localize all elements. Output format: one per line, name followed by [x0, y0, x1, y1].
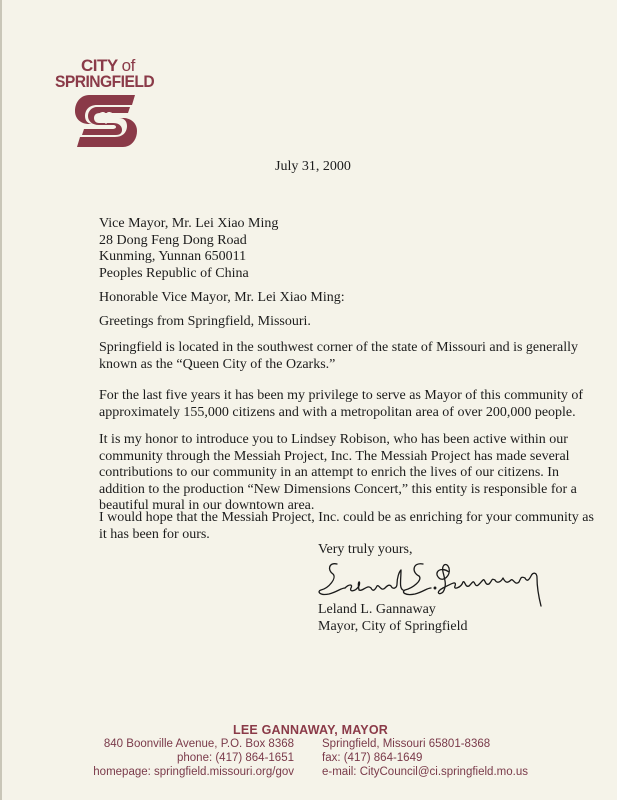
footer-fax: fax: (417) 864-1649 — [322, 751, 528, 765]
paragraph-line: contributions to our community in an att… — [99, 465, 577, 482]
paragraph-line: I would hope that the Messiah Project, I… — [99, 510, 594, 527]
paragraph-mayor-service: For the last five years it has been my p… — [99, 388, 583, 421]
letter-page: CITY of SPRINGFIELD July 31, 2000 Vice M… — [0, 0, 617, 800]
recipient-line: Peoples Republic of China — [99, 266, 278, 283]
paragraph-hope: I would hope that the Messiah Project, I… — [99, 510, 594, 543]
paragraph-line: addition to the production “New Dimensio… — [99, 482, 577, 499]
recipient-address: Vice Mayor, Mr. Lei Xiao Ming 28 Dong Fe… — [99, 216, 278, 282]
footer-right-column: Springfield, Missouri 65801-8368 fax: (4… — [322, 737, 528, 779]
footer-homepage: homepage: springfield.missouri.org/gov — [93, 765, 294, 779]
letter-date: July 31, 2000 — [275, 159, 351, 176]
paragraph-line: approximately 155,000 citizens and with … — [99, 405, 583, 422]
salutation: Honorable Vice Mayor, Mr. Lei Xiao Ming: — [99, 290, 345, 307]
logo-text-springfield: SPRINGFIELD — [55, 72, 154, 92]
footer-left-column: 840 Boonville Avenue, P.O. Box 8368 phon… — [93, 737, 294, 779]
footer-mayor-title: LEE GANNAWAY, MAYOR — [2, 723, 617, 737]
paragraph-line: it has been for ours. — [99, 527, 594, 544]
recipient-line: Vice Mayor, Mr. Lei Xiao Ming — [99, 216, 278, 233]
footer-phone: phone: (417) 864-1651 — [93, 751, 294, 765]
paragraph-line: known as the “Queen City of the Ozarks.” — [99, 357, 578, 374]
springfield-s-heart-icon — [75, 93, 137, 149]
paragraph-line: Springfield is located in the southwest … — [99, 340, 578, 357]
paragraph-introduction: It is my honor to introduce you to Linds… — [99, 432, 577, 515]
paragraph-line: For the last five years it has been my p… — [99, 388, 583, 405]
closing: Very truly yours, — [318, 542, 413, 559]
recipient-line: 28 Dong Feng Dong Road — [99, 233, 278, 250]
greeting: Greetings from Springfield, Missouri. — [99, 314, 311, 331]
paragraph-line: community through the Messiah Project, I… — [99, 449, 577, 466]
signer-title: Mayor, City of Springfield — [318, 619, 468, 636]
footer-city-zip: Springfield, Missouri 65801-8368 — [322, 737, 528, 751]
signer-name: Leland L. Gannaway — [318, 602, 468, 619]
footer-email: e-mail: CityCouncil@ci.springfield.mo.us — [322, 765, 528, 779]
footer-address: 840 Boonville Avenue, P.O. Box 8368 — [93, 737, 294, 751]
signer-block: Leland L. Gannaway Mayor, City of Spring… — [318, 602, 468, 635]
recipient-line: Kunming, Yunnan 650011 — [99, 249, 278, 266]
paragraph-line: It is my honor to introduce you to Linds… — [99, 432, 577, 449]
paragraph-location: Springfield is located in the southwest … — [99, 340, 578, 373]
handwritten-signature: Leland L. Gannaway — [315, 558, 555, 608]
